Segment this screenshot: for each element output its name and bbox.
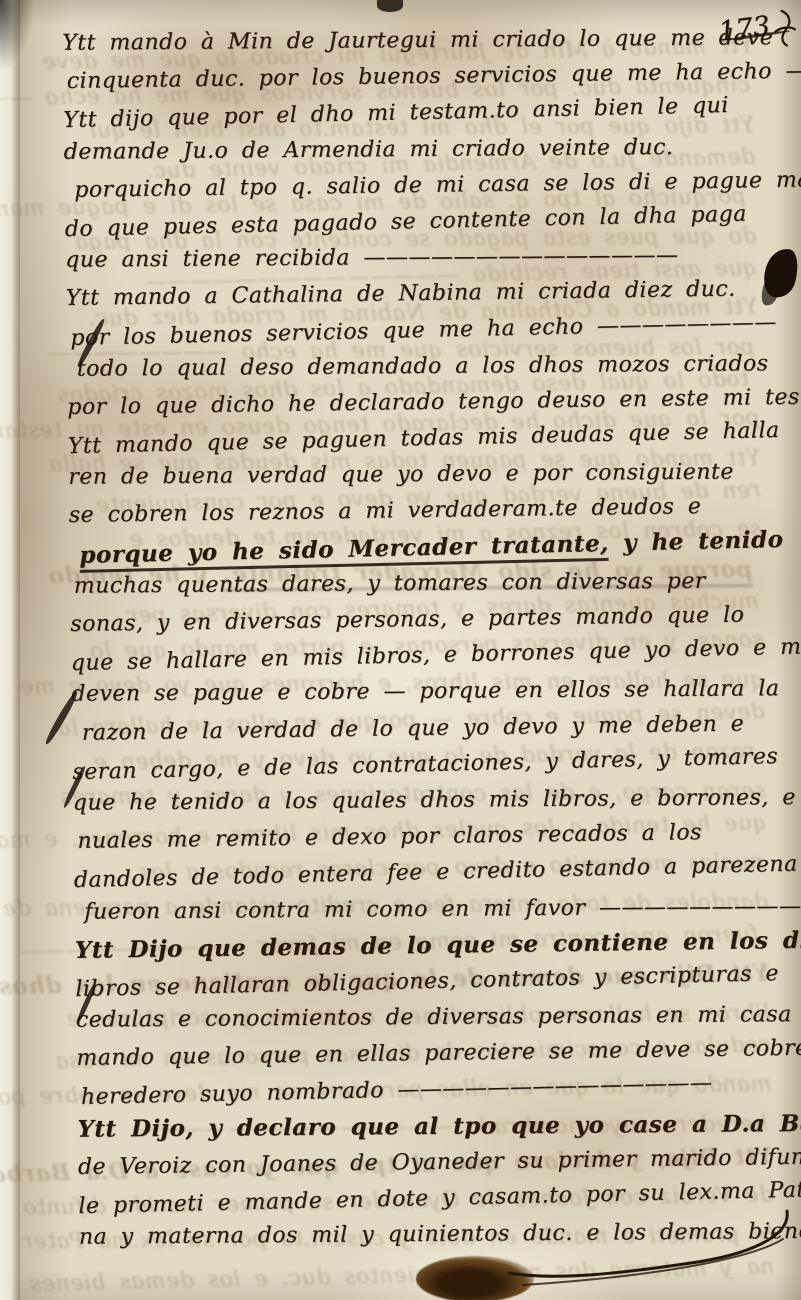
pen-flourish-icon <box>495 1205 795 1297</box>
manuscript-line: que ansi tiene recibida —————————————— <box>65 237 781 279</box>
manuscript-line: Ytt Dijo, y declaro que al tpo que yo ca… <box>77 1106 793 1148</box>
line-text: que he tenido a los quales dhos mis libr… <box>73 785 801 816</box>
manuscript-text: Ytt mando à Min de Jaurtegui mi criado l… <box>62 18 795 1258</box>
line-text: Ytt mando à Min de Jaurtegui mi criado l… <box>62 25 773 56</box>
line-text: se cobren los reznos a mi verdaderam.te … <box>69 495 702 529</box>
manuscript-line: fueron ansi contra mi como en mi favor —… <box>74 889 790 931</box>
manuscript-line: ren de buena verdad que yo devo e por co… <box>68 454 784 496</box>
line-text: deven se pague e cobre — porque en ellos… <box>71 677 779 708</box>
manuscript-page: Ytt mando à Min de Jaurtegui mi criado l… <box>0 0 801 1300</box>
line-text: razon de la verdad de lo que yo devo y m… <box>82 711 745 745</box>
line-text: ren de buena verdad que yo devo e por co… <box>68 460 734 490</box>
manuscript-line: todo lo qual deso demandado a los dhos m… <box>67 346 783 388</box>
line-text: que ansi tiene recibida —————————————— <box>65 243 678 273</box>
line-text: do que pues esta pagado se contente con … <box>65 202 748 242</box>
line-text: nuales me remito e dexo por claros recad… <box>77 820 702 854</box>
line-text: demande Ju.o de Armendia mi criado veint… <box>64 135 674 165</box>
manuscript-line: muchas quentas dares, y tomares con dive… <box>70 563 786 605</box>
line-text: fueron ansi contra mi como en mi favor —… <box>84 893 801 924</box>
line-text: Ytt mando a Cathalina de Nabina mi criad… <box>66 277 736 311</box>
line-text: y he tenido <box>608 525 783 556</box>
manuscript-line: deven se pague e cobre — porque en ellos… <box>71 672 787 714</box>
ink-mark <box>377 0 403 12</box>
manuscript-line: Ytt mando à Min de Jaurtegui mi criado l… <box>62 20 778 62</box>
line-text: sonas, y en diversas personas, e partes … <box>70 603 744 637</box>
manuscript-line: demande Ju.o de Armendia mi criado veint… <box>64 129 780 171</box>
rubric-icon <box>768 7 799 50</box>
line-text: Ytt Dijo, y declaro que al tpo que yo ca… <box>77 1109 801 1142</box>
line-text: Ytt dijo que por el dho mi testam.to ans… <box>63 93 729 133</box>
folio-number: 173 <box>717 11 772 48</box>
manuscript-line: que he tenido a los quales dhos mis libr… <box>73 780 789 822</box>
line-text: todo lo qual deso demandado a los dhos m… <box>77 351 769 381</box>
line-text: heredero suyo nombrado —————————————— <box>81 1071 713 1110</box>
line-text: cedulas e conocimientos de diversas pers… <box>76 1002 792 1033</box>
manuscript-line: cedulas e conocimientos de diversas pers… <box>76 997 792 1039</box>
line-text: muchas quentas dares, y tomares con dive… <box>74 569 706 599</box>
